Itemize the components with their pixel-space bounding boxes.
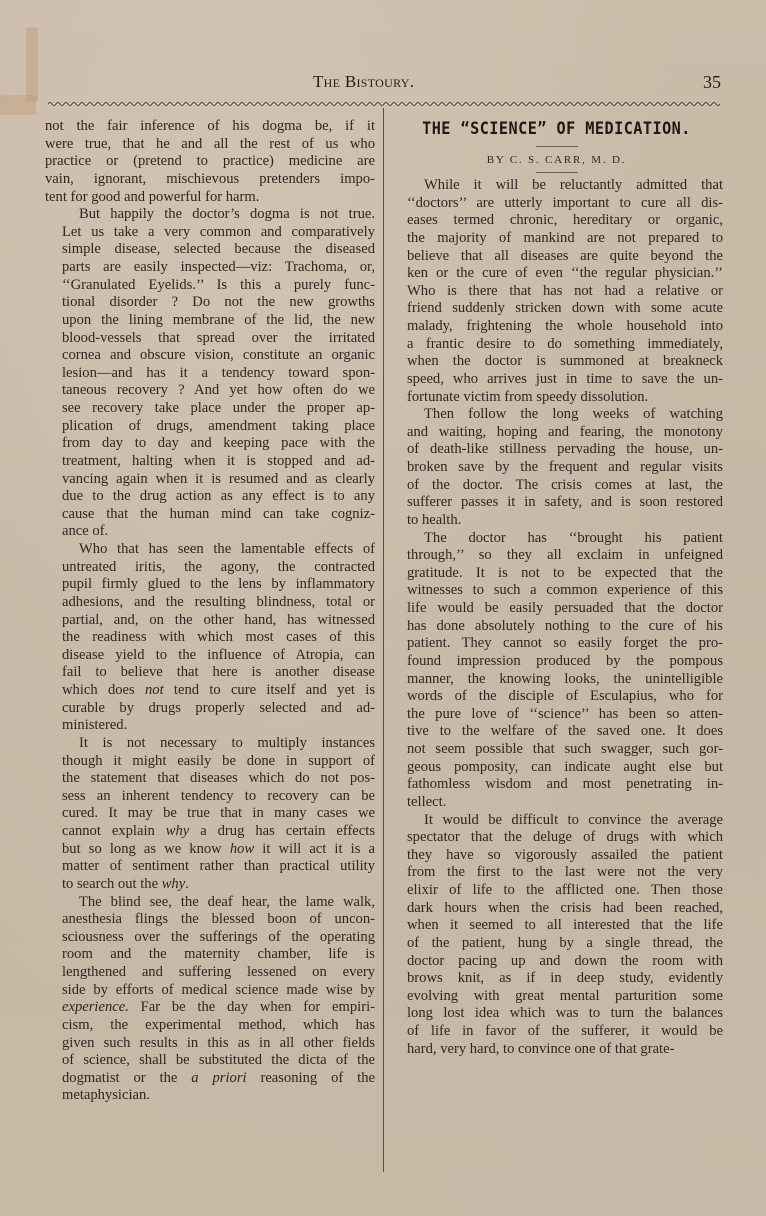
text-line: It is not necessary to multiply instance… [45, 735, 375, 753]
text-line: metaphysician. [45, 1087, 375, 1105]
wavy-rule-divider [48, 100, 720, 108]
text-line: of life in favor of the sufferer, it wou… [390, 1023, 723, 1041]
article-body: While it will be reluctantly admitted th… [390, 177, 723, 1058]
text-line: the pure love of ‘‘science’’ has been so… [390, 706, 723, 724]
text-line: experience. Far be the day when for empi… [45, 999, 375, 1017]
text-line: matter of sentiment rather than practica… [45, 858, 375, 876]
text-line: not the fair inference of his dogma be, … [45, 118, 375, 136]
text-line: when it seemed to all interested that th… [390, 917, 723, 935]
text-line: ministered. [45, 717, 375, 735]
text-line: cured. It may be true that in many cases… [45, 805, 375, 823]
text-line: friend suddenly stricken down with some … [390, 300, 723, 318]
text-line: to search out the why. [45, 876, 375, 894]
text-line: adhesions, and the resulting blindness, … [45, 594, 375, 612]
text-line: blood-vessels that spread over the irrit… [45, 330, 375, 348]
text-line: cism, the experimental method, which has [45, 1017, 375, 1035]
text-line: evolving with great mental parturition s… [390, 988, 723, 1006]
text-line: eases termed chronic, hereditary or orga… [390, 212, 723, 230]
text-line: Who is there that has not had a relative… [390, 283, 723, 301]
text-line: malady, frightening the whole household … [390, 318, 723, 336]
paragraph: It would be difficult to convince the av… [390, 812, 723, 1059]
text-line: Who that has seen the lamentable effects… [45, 541, 375, 559]
text-line: see recovery take place under the proper… [45, 400, 375, 418]
text-line: a frantic desire to do something immedia… [390, 336, 723, 354]
paragraph: It is not necessary to multiply instance… [45, 735, 375, 894]
text-line: due to the drug action as any effect is … [45, 488, 375, 506]
text-line: the readiness with which most cases of t… [45, 629, 375, 647]
text-line: from the first to the last were not the … [390, 864, 723, 882]
text-line: fail to believe that here is another dis… [45, 664, 375, 682]
text-line: of the patient, hung by a single thread,… [390, 935, 723, 953]
text-line: practice or (pretend to practice) medici… [45, 153, 375, 171]
text-line: untreated iritis, the agony, the contrac… [45, 559, 375, 577]
text-line: Let us take a very common and comparativ… [45, 224, 375, 242]
text-line: ‘‘doctors’’ are utterly important to cur… [390, 195, 723, 213]
text-line: ance of. [45, 523, 375, 541]
text-line: The blind see, the deaf hear, the lame w… [45, 894, 375, 912]
text-line: witnesses to such a common experience of… [390, 582, 723, 600]
text-line: found impression produced by the pompous [390, 653, 723, 671]
text-line: cornea and obscure vision, constitute an… [45, 347, 375, 365]
text-line: But happily the doctor’s dogma is not tr… [45, 206, 375, 224]
text-line: tional disorder ? Do not the new growths [45, 294, 375, 312]
text-line: side by efforts of medical science made … [45, 982, 375, 1000]
text-line: upon the lining membrane of the lid, the… [45, 312, 375, 330]
text-line: disease yield to the influence of Atropi… [45, 647, 375, 665]
text-line: of death-like stillness pervading the ho… [390, 441, 723, 459]
text-line: While it will be reluctantly admitted th… [390, 177, 723, 195]
text-line: tent for good and powerful for harm. [45, 189, 375, 207]
text-line: lengthened and suffering lessened on eve… [45, 964, 375, 982]
text-line: plication of drugs, amendment taking pla… [45, 418, 375, 436]
paragraph: Then follow the long weeks of watchingan… [390, 406, 723, 529]
byline-rule [536, 172, 578, 173]
text-line: dogmatist or the a priori reasoning of t… [45, 1070, 375, 1088]
text-line: ken or the cure of even ‘‘the regular ph… [390, 265, 723, 283]
text-line: tellect. [390, 794, 723, 812]
text-line: ‘‘Granulated Eyelids.’’ Is this a purely… [45, 277, 375, 295]
text-line: fathomless wisdom and most penetrating i… [390, 776, 723, 794]
paragraph: While it will be reluctantly admitted th… [390, 177, 723, 406]
text-line: brows knit, as if in deep study, evident… [390, 970, 723, 988]
text-line: tive to the welfare of the saved one. It… [390, 723, 723, 741]
paragraph: The blind see, the deaf hear, the lame w… [45, 894, 375, 1106]
text-line: taneous recovery ? And yet how often do … [45, 382, 375, 400]
text-line: to health. [390, 512, 723, 530]
text-line: not seem possible that such swagger, suc… [390, 741, 723, 759]
text-line: the majority of mankind are not prepared… [390, 230, 723, 248]
paper-stain [0, 95, 36, 115]
text-line: when the doctor is summoned at breakneck [390, 353, 723, 371]
paragraph: The doctor has ‘‘brought his patientthro… [390, 530, 723, 812]
text-line: gratitude. It is not to be expected that… [390, 565, 723, 583]
paragraph: But happily the doctor’s dogma is not tr… [45, 206, 375, 541]
text-line: they have so vigorously assailed the pat… [390, 847, 723, 865]
text-line: speed, who arrives just in time to save … [390, 371, 723, 389]
text-line: dark hours when the crisis had been reac… [390, 900, 723, 918]
text-line: long lost idea which was to turn the bal… [390, 1005, 723, 1023]
text-line: the statement that diseases which do not… [45, 770, 375, 788]
text-line: words of the disciple of Esculapius, who… [390, 688, 723, 706]
text-line: cause that the human mind can take cogni… [45, 506, 375, 524]
text-line: curable by drugs properly selected and a… [45, 700, 375, 718]
title-rule [536, 146, 578, 147]
right-column: THE “SCIENCE” OF MEDICATION. BY C. S. CA… [390, 118, 723, 1058]
text-line: from day to day and keeping pace with th… [45, 435, 375, 453]
text-line: given such results in this as in all oth… [45, 1035, 375, 1053]
text-line: vain, ignorant, mischievous pretenders i… [45, 171, 375, 189]
text-line: geous pomposity, can indicate aught else… [390, 759, 723, 777]
text-line: which does not tend to cure itself and y… [45, 682, 375, 700]
text-line: though it might easily be done in suppor… [45, 753, 375, 771]
text-line: has done absolutely nothing to the cure … [390, 618, 723, 636]
text-line: partial, and, on the other hand, has wit… [45, 612, 375, 630]
text-line: fortunate victim from speedy dissolution… [390, 389, 723, 407]
text-line: lesion—and has it a tendency toward spon… [45, 365, 375, 383]
text-line: treatment, halting when it is stopped an… [45, 453, 375, 471]
text-line: sess an inherent tendency to recovery ca… [45, 788, 375, 806]
article-byline: BY C. S. CARR, M. D. [390, 153, 723, 167]
text-line: room and the maternity chamber, life is [45, 946, 375, 964]
text-line: Then follow the long weeks of watching [390, 406, 723, 424]
text-line: sufferer passes it in safety, and is soo… [390, 494, 723, 512]
text-line: life would be easily persuaded that the … [390, 600, 723, 618]
text-line: patient. They cannot so easily forget th… [390, 635, 723, 653]
text-line: spectator that the deluge of drugs with … [390, 829, 723, 847]
text-line: but so long as we know how it will act i… [45, 841, 375, 859]
text-line: cannot explain why a drug has certain ef… [45, 823, 375, 841]
journal-title: The Bistoury. [313, 72, 414, 92]
text-line: of the doctor. The crisis comes at last,… [390, 477, 723, 495]
text-line: The doctor has ‘‘brought his patient [390, 530, 723, 548]
left-column: not the fair inference of his dogma be, … [45, 118, 375, 1105]
text-line: believe that all diseases are quite beyo… [390, 248, 723, 266]
text-line: pupil firmly glued to the lens by inflam… [45, 576, 375, 594]
text-line: sciousness over the sufferings of the op… [45, 929, 375, 947]
paragraph: Who that has seen the lamentable effects… [45, 541, 375, 735]
page-number: 35 [703, 72, 721, 93]
text-line: of science, shall be substituted the dic… [45, 1052, 375, 1070]
text-line: anesthesia flings the blessed boon of un… [45, 911, 375, 929]
text-line: through,’’ so they all exclaim in unfeig… [390, 547, 723, 565]
text-line: simple disease, selected because the dis… [45, 241, 375, 259]
text-line: vancing again when it is resumed and as … [45, 471, 375, 489]
text-line: parts are easily inspected—viz: Trachoma… [45, 259, 375, 277]
text-line: broken save by the frequent and regular … [390, 459, 723, 477]
article-title: THE “SCIENCE” OF MEDICATION. [403, 118, 709, 140]
text-line: elixir of life to the afflicted one. The… [390, 882, 723, 900]
text-line: were true, that he and all the rest of u… [45, 136, 375, 154]
text-line: It would be difficult to convince the av… [390, 812, 723, 830]
text-line: and waiting, hoping and fearing, the mon… [390, 424, 723, 442]
text-line: manner, the knowing looks, the unintelli… [390, 671, 723, 689]
text-line: hard, very hard, to convince one of that… [390, 1041, 723, 1059]
paragraph: not the fair inference of his dogma be, … [45, 118, 375, 206]
column-divider [383, 108, 384, 1172]
text-line: doctor pacing up and down the room with [390, 953, 723, 971]
running-header: The Bistoury. 35 [0, 72, 766, 96]
